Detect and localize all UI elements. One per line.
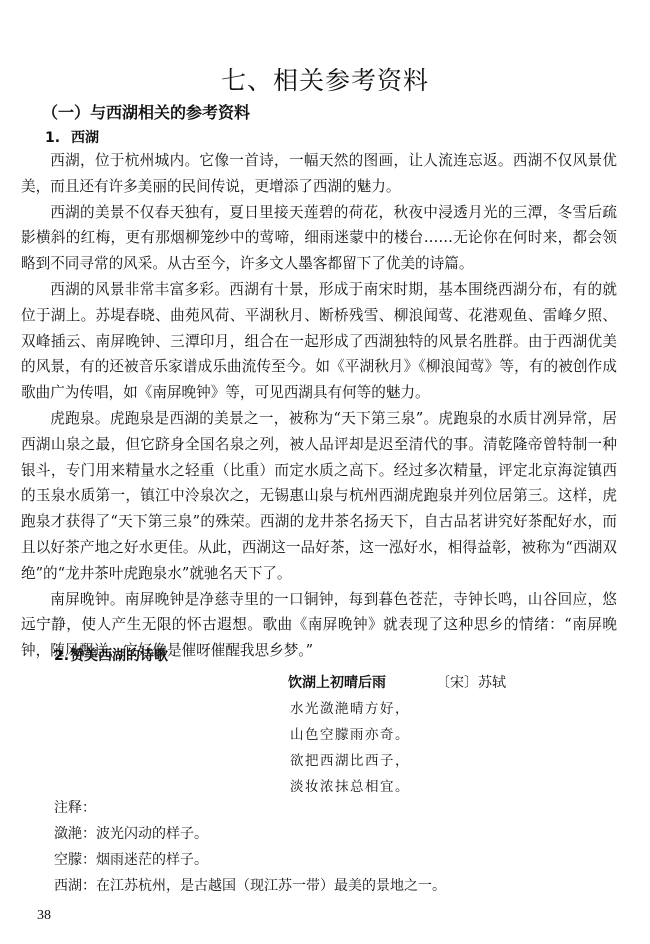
notes-label: 注释： — [54, 795, 446, 821]
paragraph-hupao-spring: 虎跑泉。虎跑泉是西湖的美景之一，被称为“天下第三泉”。虎跑泉的水质甘冽异常，居西… — [21, 406, 617, 587]
poem-line: 欲把西湖比西子， — [288, 748, 410, 774]
subsection-heading-poems: 2.赞美西湖的诗歌 — [54, 645, 168, 665]
paragraph-intro: 西湖，位于杭州城内。它像一首诗，一幅天然的图画，让人流连忘返。西湖不仅风景优美，… — [21, 148, 617, 200]
poem-line: 水光潋滟晴方好， — [288, 696, 410, 722]
poem-author: 〔宋〕苏轼 — [436, 670, 506, 696]
subsection-number: 2. — [54, 648, 70, 664]
notes-block: 注释： 潋滟：波光闪动的样子。 空朦：烟雨迷茫的样子。 西湖：在江苏杭州，是古越… — [54, 795, 446, 899]
subsection-title: 赞美西湖的诗歌 — [70, 648, 168, 664]
xihu-body-text: 西湖，位于杭州城内。它像一首诗，一幅天然的图画，让人流连忘返。西湖不仅风景优美，… — [21, 148, 617, 664]
note-item: 西湖：在江苏杭州，是古越国（现江苏一带）最美的景地之一。 — [54, 873, 446, 899]
poem-line: 山色空朦雨亦奇。 — [288, 722, 410, 748]
poem-block: 饮湖上初晴后雨 〔宋〕苏轼 水光潋滟晴方好， 山色空朦雨亦奇。 欲把西湖比西子，… — [288, 670, 410, 800]
paragraph-ten-scenes: 西湖的风景非常丰富多彩。西湖有十景，形成于南宋时期，基本围绕西湖分布，有的就位于… — [21, 277, 617, 406]
section-heading: （一）与西湖相关的参考资料 — [42, 100, 250, 123]
page-title: 七、相关参考资料 — [0, 61, 650, 97]
subsection-title: 西湖 — [71, 130, 99, 146]
note-item: 空朦：烟雨迷茫的样子。 — [54, 847, 446, 873]
subsection-number: 1. — [45, 130, 71, 146]
poem-title: 饮湖上初晴后雨 — [288, 670, 410, 696]
subsection-heading-xihu: 1.西湖 — [45, 127, 99, 147]
page-number: 38 — [37, 908, 51, 924]
paragraph-seasons: 西湖的美景不仅春天独有，夏日里接天莲碧的荷花，秋夜中浸透月光的三潭，冬雪后疏影横… — [21, 200, 617, 277]
note-item: 潋滟：波光闪动的样子。 — [54, 821, 446, 847]
